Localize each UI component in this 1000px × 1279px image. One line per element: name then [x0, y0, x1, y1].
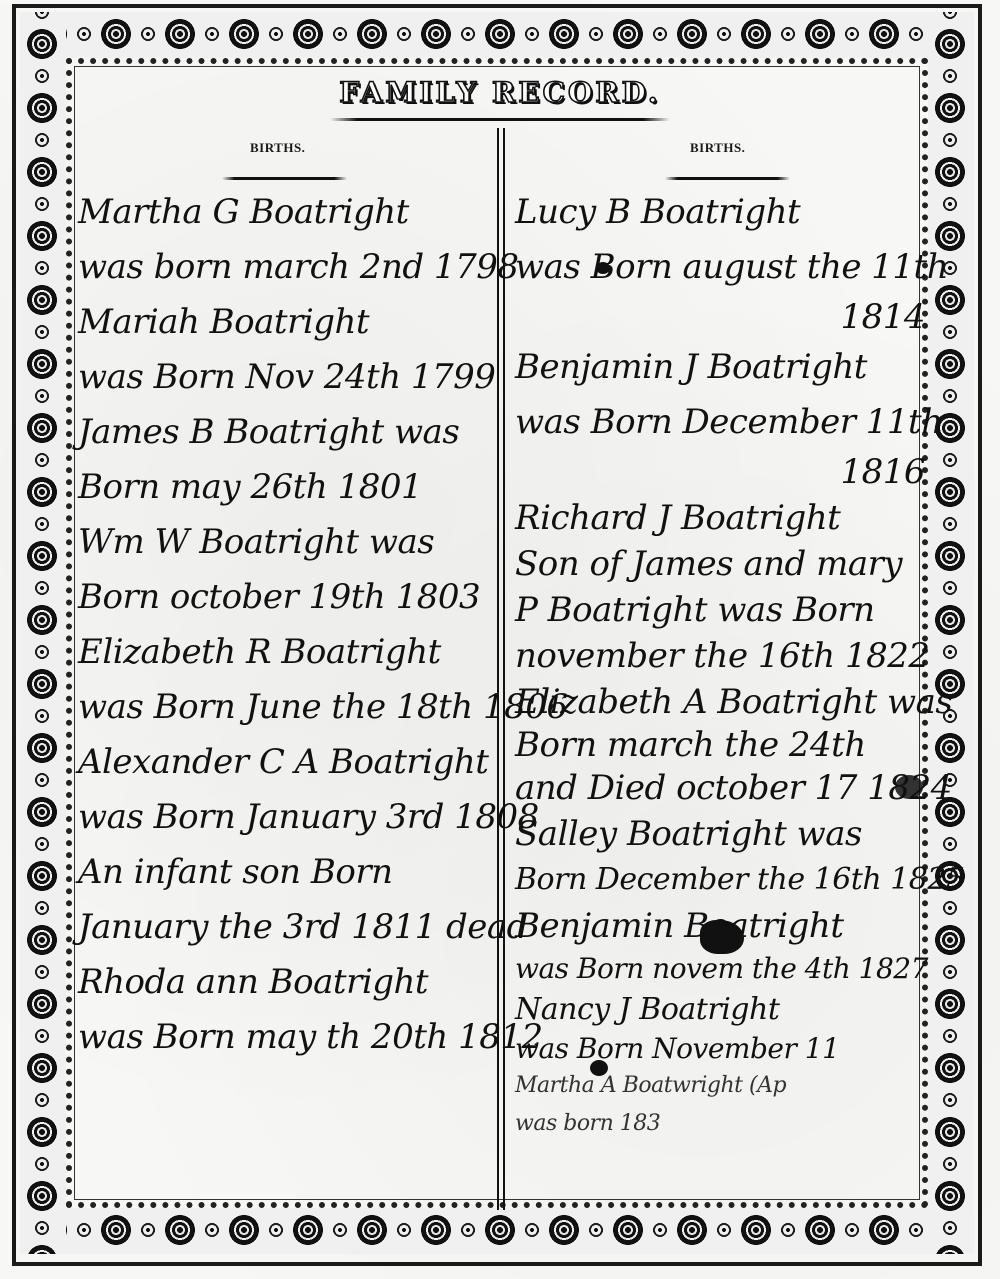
- entry-line: Born march the 24th: [515, 725, 935, 765]
- page-title: FAMILY RECORD.: [0, 76, 1000, 109]
- right-column-heading: BIRTHS.: [690, 140, 745, 156]
- entry-line: Martha A Boatwright (Ap: [515, 1067, 935, 1105]
- entry-detail: Born october 19th 1803: [78, 570, 508, 625]
- birth-entry: Martha G Boatright was born march 2nd 17…: [78, 185, 508, 295]
- entry-detail: was born march 2nd 1798: [78, 240, 508, 295]
- birth-entry: Wm W Boatright was Born october 19th 180…: [78, 515, 508, 625]
- entry-name: Mariah Boatright: [78, 295, 508, 350]
- entry-name: Elizabeth R Boatright: [78, 625, 508, 680]
- entry-line: 1816: [515, 450, 935, 495]
- entry-line: Son of James and mary: [515, 541, 935, 587]
- ink-blot: [590, 1060, 608, 1076]
- birth-entry: Elizabeth R Boatright was Born June the …: [78, 625, 508, 735]
- entry-line: november the 16th 1822: [515, 633, 935, 679]
- birth-entry: Lucy B Boatright was Born august the 11t…: [515, 185, 935, 340]
- ornamental-border-top: [20, 12, 974, 58]
- ink-blot: [895, 775, 923, 799]
- entry-name: Martha G Boatright: [78, 185, 508, 240]
- entry-detail: was Born January 3rd 1808: [78, 790, 508, 845]
- entry-name: James B Boatright was: [78, 405, 508, 460]
- entry-line: Benjamin J Boatright: [515, 340, 935, 395]
- entry-detail: January the 3rd 1811 dead: [78, 900, 508, 955]
- left-births-column: Martha G Boatright was born march 2nd 17…: [78, 185, 508, 1065]
- birth-entry: Mariah Boatright was Born Nov 24th 1799: [78, 295, 508, 405]
- entry-detail: was Born Nov 24th 1799: [78, 350, 508, 405]
- entry-line: Elizabeth A Boatright was: [515, 679, 935, 725]
- entry-line: Salley Boatright was: [515, 811, 935, 857]
- entry-line: Born December the 16th 1825: [515, 857, 935, 903]
- entry-line: 1814: [515, 295, 935, 340]
- right-heading-rule: [665, 177, 790, 180]
- entry-line: Richard J Boatright: [515, 495, 935, 541]
- left-heading-rule: [222, 177, 347, 180]
- birth-entry: Rhoda ann Boatright was Born may th 20th…: [78, 955, 508, 1065]
- birth-entry: An infant son Born January the 3rd 1811 …: [78, 845, 508, 955]
- ornamental-border-bottom: [20, 1208, 974, 1254]
- birth-entry: Alexander C A Boatright was Born January…: [78, 735, 508, 845]
- birth-entry: Elizabeth A Boatright was Born march the…: [515, 679, 935, 811]
- birth-entry: Richard J Boatright Son of James and mar…: [515, 495, 935, 679]
- entry-line: and Died october 17 1824: [515, 765, 935, 811]
- entry-name: Alexander C A Boatright: [78, 735, 508, 790]
- birth-entry: Salley Boatright was Born December the 1…: [515, 811, 935, 903]
- entry-detail: was Born may th 20th 1812: [78, 1010, 508, 1065]
- entry-line: Nancy J Boatright: [515, 989, 935, 1031]
- entry-name: Wm W Boatright was: [78, 515, 508, 570]
- entry-detail: Born may 26th 1801: [78, 460, 508, 515]
- entry-name: Rhoda ann Boatright: [78, 955, 508, 1010]
- entry-line: was Born novem the 4th 1827: [515, 949, 935, 989]
- ink-blot: [596, 262, 610, 274]
- entry-name: An infant son Born: [78, 845, 508, 900]
- entry-detail: was Born June the 18th 1806: [78, 680, 508, 735]
- entry-line: was Born august the 11th: [515, 240, 935, 295]
- birth-entry: Nancy J Boatright was Born November 11: [515, 989, 935, 1067]
- left-column-heading: BIRTHS.: [250, 140, 305, 156]
- family-record-page: FAMILY RECORD. BIRTHS. BIRTHS. Martha G …: [0, 0, 1000, 1279]
- birth-entry: Martha A Boatwright (Ap was born 183: [515, 1067, 935, 1143]
- right-births-column: Lucy B Boatright was Born august the 11t…: [515, 185, 935, 1143]
- entry-line: was Born December 11th: [515, 395, 935, 450]
- ornamental-border-left: [20, 12, 66, 1254]
- birth-entry: James B Boatright was Born may 26th 1801: [78, 405, 508, 515]
- ink-blot: [700, 920, 744, 954]
- entry-line: was born 183: [515, 1105, 935, 1143]
- entry-line: P Boatright was Born: [515, 587, 935, 633]
- entry-line: Lucy B Boatright: [515, 185, 935, 240]
- entry-line: was Born November 11: [515, 1031, 935, 1067]
- title-underline: [330, 118, 670, 121]
- birth-entry: Benjamin J Boatright was Born December 1…: [515, 340, 935, 495]
